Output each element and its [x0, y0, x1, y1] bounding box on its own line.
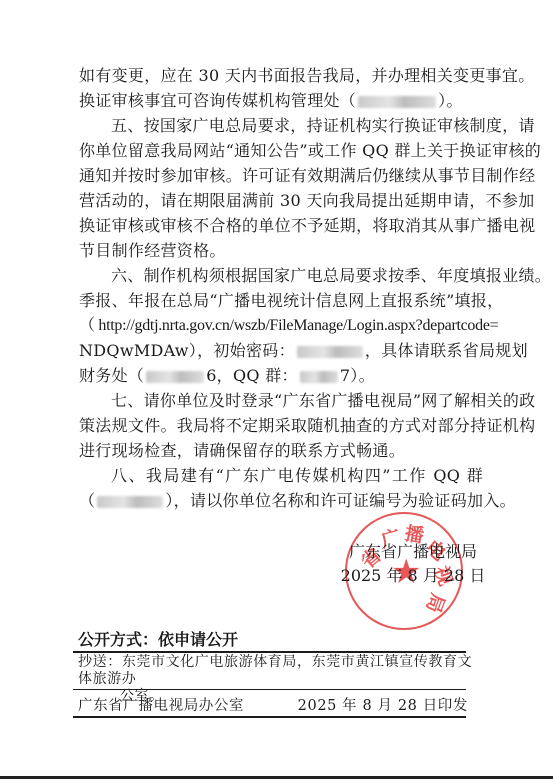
redacted-phone — [146, 371, 204, 383]
body-line-18: （），请以你单位名称和许可证编号为验证码加入。 — [79, 488, 483, 513]
redacted-qq-group — [97, 496, 163, 508]
body-line-16: 进行现场检查，请确保留存的联系方式畅通。 — [79, 438, 483, 463]
issuing-office: 广东省广播电视局办公室 — [78, 694, 244, 715]
body-text: ），请以你单位名称和许可证编号为验证码加入。 — [165, 491, 516, 510]
body-line-15: 策法规文件。我局将不定期采取随机抽查的方式对部分持证机构 — [79, 413, 483, 438]
body-text: 换证审核事宜可咨询传媒机构管理处（ — [79, 91, 356, 110]
document-page: 如有变更，应在 30 天内书面报告我局，并办理相关变更事宜。 换证审核事宜可咨询… — [0, 0, 553, 776]
body-text: （ — [79, 491, 95, 510]
body-line-7: 换证审核或审核不合格的单位不予延期，将取消其从事广播电视 — [79, 213, 483, 238]
document-body: 如有变更，应在 30 天内书面报告我局，并办理相关变更事宜。 换证审核事宜可咨询… — [79, 63, 483, 513]
body-line-2: 换证审核事宜可咨询传媒机构管理处（）。 — [79, 88, 483, 113]
body-text: ）。 — [438, 91, 463, 110]
footer-rule-top — [73, 651, 466, 653]
body-line-1: 如有变更，应在 30 天内书面报告我局，并办理相关变更事宜。 — [79, 63, 483, 88]
issue-row: 广东省广播电视局办公室 2025 年 8 月 28 日印发 — [78, 694, 468, 715]
body-line-5: 通知并按时参加审核。许可证有效期满后仍继续从事节目制作经 — [79, 163, 483, 188]
cc-recipients-line1: 东莞市文化广电旅游体育局，东莞市黄江镇宣传教育文体旅游办 — [78, 654, 472, 687]
signature-block: 广东省广播电视局 2025 年 8 月 28 日 — [333, 540, 493, 588]
footer-rule-bottom — [73, 716, 466, 718]
section-six-heading-line: 六、制作机构须根据国家广电总局要求按季、年度填报业绩。 — [79, 263, 483, 288]
body-text: 7）。 — [340, 366, 375, 385]
body-line-10: 季报、年报在总局“广播电视统计信息网上直报系统”填报， — [79, 288, 483, 313]
signature-date: 2025 年 8 月 28 日 — [333, 564, 493, 588]
cc-label: 抄送： — [78, 654, 122, 670]
section-eight-heading-line: 八、我局建有“广东广电传媒机构四”工作 QQ 群 — [79, 463, 483, 488]
redacted-qq — [300, 371, 338, 383]
issue-date: 2025 年 8 月 28 日印发 — [298, 694, 468, 715]
footer-rule-middle — [73, 689, 466, 690]
statistics-url[interactable]: （ http://gdtj.nrta.gov.cn/wszb/FileManag… — [79, 313, 483, 338]
body-text: NDQwMDAw），初始密码： — [79, 341, 295, 360]
disclosure-method: 公开方式：依申请公开 — [78, 627, 238, 650]
section-five-heading-line: 五、按国家广电总局要求，持证机构实行换证审核制度，请 — [79, 113, 483, 138]
seal-char: 局 — [421, 590, 453, 617]
body-line-4: 你单位留意我局网站“通知公告”或工作 QQ 群上关于换证审核的 — [79, 138, 483, 163]
body-line-8: 节目制作经营资格。 — [79, 238, 483, 263]
section-seven-heading-line: 七、请你单位及时登录“广东省广播电视局”网了解相关的政 — [79, 388, 483, 413]
body-text: 6，QQ 群： — [206, 366, 298, 385]
body-line-13: 财务处（6，QQ 群：7）。 — [79, 363, 483, 388]
body-line-12: NDQwMDAw），初始密码：，具体请联系省局规划 — [79, 338, 483, 363]
redacted-phone — [358, 96, 436, 108]
body-line-6: 营活动的，请在期限届满前 30 天向我局提出延期申请，不参加 — [79, 188, 483, 213]
signature-org: 广东省广播电视局 — [333, 540, 493, 564]
body-text: 财务处（ — [79, 366, 144, 385]
body-text: ，具体请联系省局规划 — [365, 341, 528, 360]
redacted-password — [297, 346, 363, 358]
